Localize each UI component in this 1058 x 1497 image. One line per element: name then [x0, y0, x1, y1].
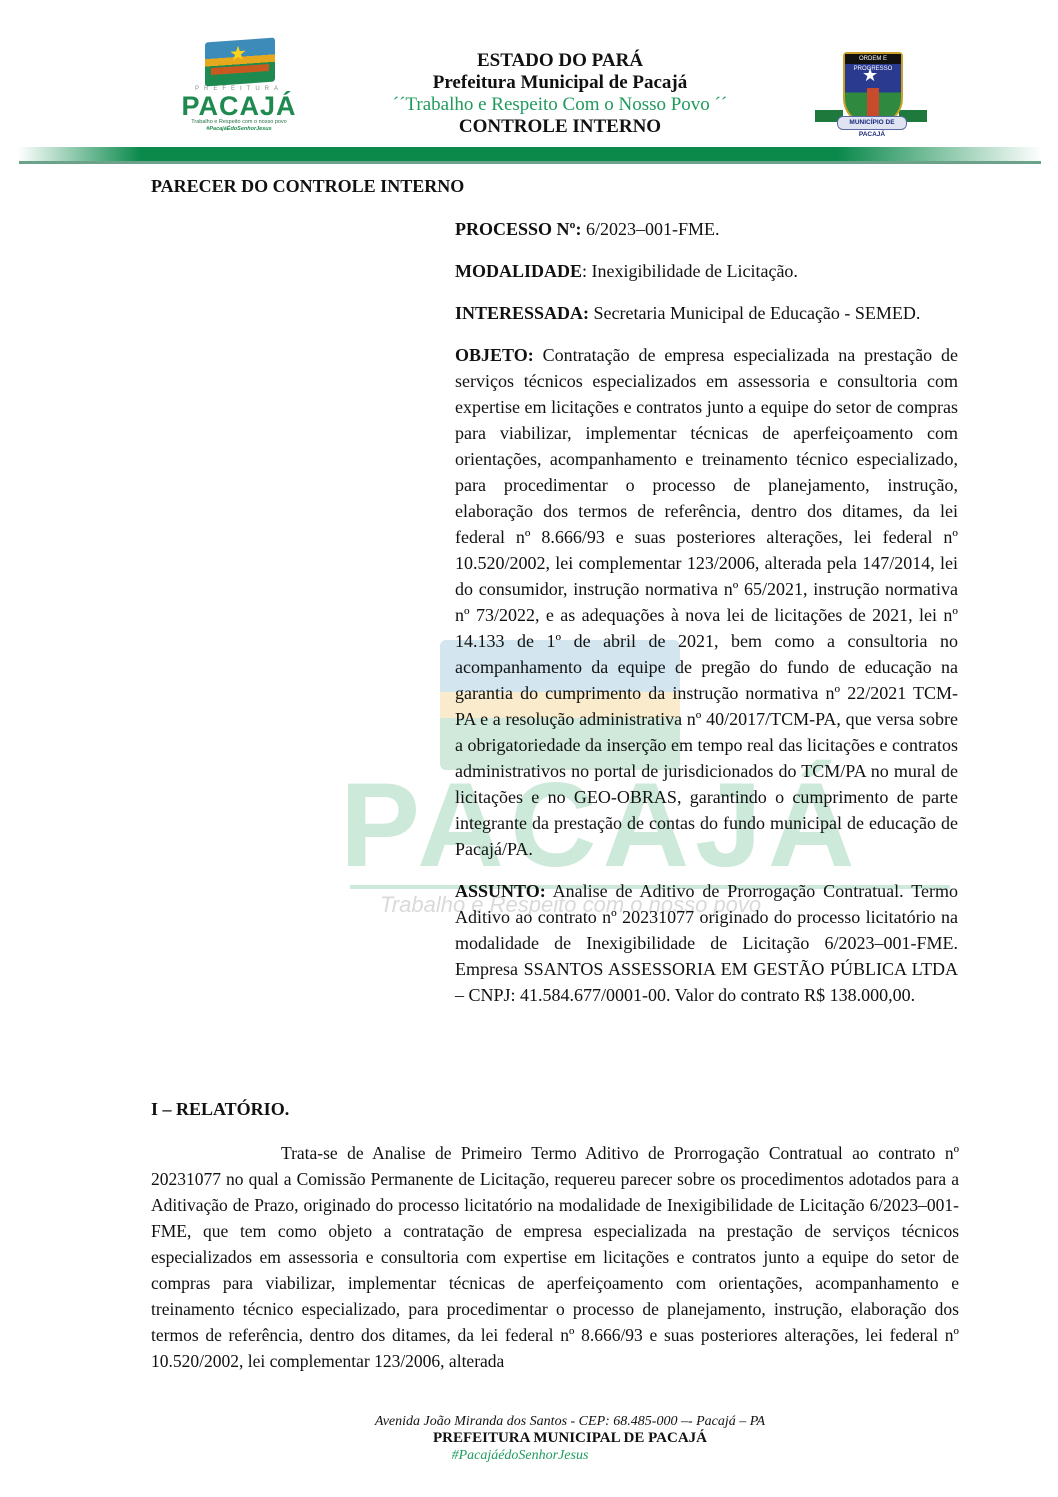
field-value: Secretaria Municipal de Educação - SEMED… [589, 303, 920, 323]
footer-address: Avenida João Miranda dos Santos - CEP: 6… [330, 1413, 810, 1430]
logo-hashtag: #PacajáÉdoSenhorJesus [175, 126, 303, 132]
field-interessada: INTERESSADA: Secretaria Municipal de Edu… [455, 300, 958, 326]
field-value: : Inexigibilidade de Licitação. [582, 261, 798, 281]
flag-icon: ★ [205, 38, 275, 87]
footer-hashtag: #PacajáédoSenhorJesus [230, 1447, 810, 1464]
field-modalidade: MODALIDADE: Inexigibilidade de Licitação… [455, 258, 958, 284]
field-value: 6/2023–001-FME. [581, 219, 719, 239]
field-label: MODALIDADE [455, 261, 582, 281]
field-label: OBJETO: [455, 345, 534, 365]
crest-ribbon: MUNICÍPIO DE PACAJÁ [837, 116, 907, 130]
municipality-name: Prefeitura Municipal de Pacajá [340, 72, 780, 94]
shield-icon: ORDEM E PROGRESSO ★ [843, 52, 903, 126]
footer-name: PREFEITURA MUNICIPAL DE PACAJÁ [330, 1430, 810, 1447]
process-fields: PROCESSO Nº: 6/2023–001-FME. MODALIDADE:… [455, 216, 958, 1024]
motto: ´´Trabalho e Respeito Com o Nosso Povo ´… [340, 94, 780, 116]
state-name: ESTADO DO PARÁ [340, 50, 780, 72]
municipal-crest: ORDEM E PROGRESSO ★ MUNICÍPIO DE PACAJÁ [815, 50, 927, 138]
section-heading: I – RELATÓRIO. [151, 1099, 289, 1120]
field-assunto: ASSUNTO: Analise de Aditivo de Prorrogaç… [455, 878, 958, 1008]
header-divider [18, 147, 1042, 161]
field-label: ASSUNTO: [455, 881, 546, 901]
logo-slogan: Trabalho e Respeito com o nosso povo [175, 119, 303, 125]
field-processo: PROCESSO Nº: 6/2023–001-FME. [455, 216, 958, 242]
field-value: Contratação de empresa especializada na … [455, 345, 958, 859]
letterhead: ESTADO DO PARÁ Prefeitura Municipal de P… [340, 50, 780, 138]
department-name: CONTROLE INTERNO [340, 116, 780, 138]
page-footer: Avenida João Miranda dos Santos - CEP: 6… [330, 1413, 810, 1464]
field-label: PROCESSO Nº: [455, 219, 581, 239]
crest-banner: ORDEM E PROGRESSO [845, 54, 901, 64]
star-icon: ★ [862, 66, 878, 84]
prefeitura-logo: ★ PREFEITURA PACAJÁ Trabalho e Respeito … [175, 40, 303, 132]
field-label: INTERESSADA: [455, 303, 589, 323]
field-objeto: OBJETO: Contratação de empresa especiali… [455, 342, 958, 862]
logo-name: PACAJÁ [175, 92, 303, 120]
star-icon: ★ [229, 44, 247, 65]
flag-band [211, 64, 269, 75]
document-title: PARECER DO CONTROLE INTERNO [151, 176, 464, 197]
report-paragraph: Trata-se de Analise de Primeiro Termo Ad… [151, 1140, 959, 1374]
